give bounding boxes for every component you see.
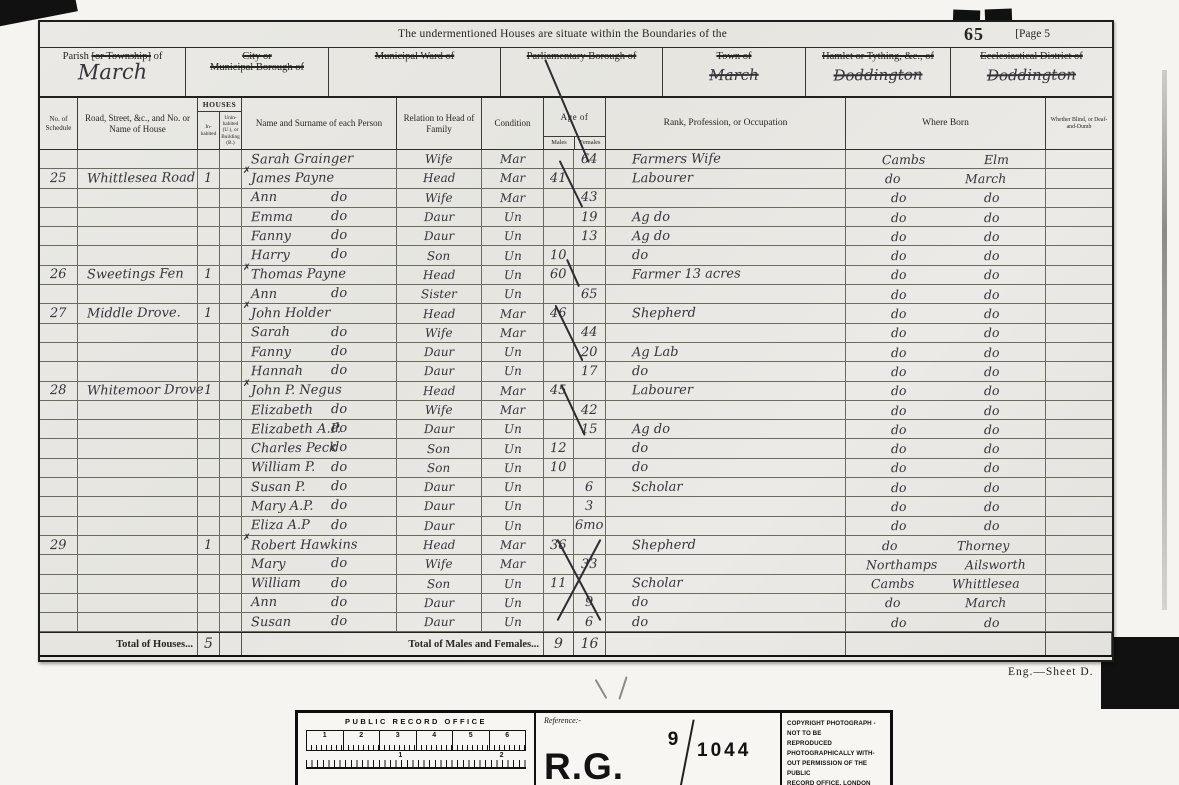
condition-cell: Mar — [482, 536, 544, 554]
road-cell — [78, 517, 198, 535]
total-males-females-label-cell: Total of Males and Females... — [242, 633, 544, 655]
inhabited-cell: 1 — [198, 382, 220, 400]
condition-cell: Un — [482, 575, 544, 593]
condition-cell: Un — [482, 594, 544, 612]
district-municipal-borough: City or Municipal Borough of — [186, 48, 329, 96]
age-males-cell: 10 — [544, 459, 574, 477]
age-females-cell: 13 — [574, 227, 606, 245]
relation-cell: Head — [397, 304, 482, 322]
condition-cell: Mar — [482, 189, 544, 207]
sheet-title: The undermentioned Houses are situate wi… — [398, 28, 727, 40]
condition-cell: Un — [482, 420, 544, 438]
col-header-houses: HOUSES In-habited Unin-habited (U.), or … — [198, 98, 242, 149]
name-cell: ✗ Emma do — [242, 208, 397, 226]
name-cell: ✗ Elizabeth do — [242, 401, 397, 419]
road-cell: Whitemoor Drove — [78, 382, 198, 400]
name-cell: ✗ James Payne — [242, 169, 397, 187]
road-cell — [78, 285, 198, 303]
road-cell — [78, 208, 198, 226]
hamlet-value: Doddington — [806, 65, 950, 85]
stamp-office-title: PUBLIC RECORD OFFICE — [306, 717, 526, 726]
census-record-row: ✗ Susan do Daur Un 6 do do do — [40, 613, 1112, 632]
where-born-cell: do do — [846, 227, 1046, 245]
age-males-cell: 12 — [544, 439, 574, 457]
relation-cell: Daur — [397, 343, 482, 361]
census-record-row: ✗ William P. do Son Un 10 do do do — [40, 459, 1112, 478]
name-cell: ✗ Harry do — [242, 246, 397, 264]
ruler-segment: 3 — [380, 731, 417, 750]
name-cell: ✗ Sarah Grainger — [242, 150, 397, 168]
inhabited-cell — [198, 246, 220, 264]
schedule-cell — [40, 459, 78, 477]
occupation-cell: Scholar — [606, 575, 846, 593]
relation-cell: Wife — [397, 150, 482, 168]
name-cell: ✗ Sarah do — [242, 324, 397, 342]
uninhabited-cell — [220, 594, 242, 612]
age-females-cell: 65 — [574, 285, 606, 303]
scan-edge-streak — [1162, 70, 1167, 610]
uninhabited-cell — [220, 227, 242, 245]
ruler-segment: 4 — [417, 731, 454, 750]
where-born-cell: do Thorney — [846, 536, 1046, 554]
census-record-row: ✗ Sarah do Wife Mar 44 do do — [40, 324, 1112, 343]
blind-cell — [1046, 420, 1112, 438]
condition-cell: Un — [482, 497, 544, 515]
age-females-cell: 6mo — [574, 517, 606, 535]
schedule-cell — [40, 575, 78, 593]
sheet-title-row: The undermentioned Houses are situate wi… — [40, 22, 1112, 48]
uninhabited-cell — [220, 150, 242, 168]
schedule-cell — [40, 517, 78, 535]
where-born-cell: do do — [846, 285, 1046, 303]
where-born-cell: do March — [846, 169, 1046, 187]
pencil-mark — [595, 679, 608, 699]
census-record-row: ✗ Susan P. do Daur Un 6 Scholar do do — [40, 478, 1112, 497]
occupation-cell — [606, 189, 846, 207]
page-number-label: [Page 5 — [1015, 28, 1050, 40]
road-cell — [78, 478, 198, 496]
name-cell: ✗ Thomas Payne — [242, 266, 397, 284]
inhabited-cell — [198, 517, 220, 535]
inhabited-cell: 1 — [198, 169, 220, 187]
name-cell: ✗ Fanny do — [242, 343, 397, 361]
census-record-row: ✗ Mary A.P. do Daur Un 3 do do — [40, 497, 1112, 516]
uninhabited-cell — [220, 555, 242, 573]
age-females-cell: 44 — [574, 324, 606, 342]
age-females-cell: 6 — [574, 478, 606, 496]
uninhabited-cell — [220, 478, 242, 496]
blind-cell — [1046, 594, 1112, 612]
inhabited-cell — [198, 594, 220, 612]
condition-cell: Un — [482, 478, 544, 496]
blind-cell — [1046, 324, 1112, 342]
where-born-cell: do do — [846, 208, 1046, 226]
condition-cell: Un — [482, 227, 544, 245]
where-born-cell: do do — [846, 343, 1046, 361]
census-record-row: 25 Whittlesea Road 1 ✗ James Payne Head … — [40, 169, 1112, 188]
inhabited-cell: 1 — [198, 304, 220, 322]
occupation-cell: Shepherd — [606, 536, 846, 554]
district-ecclesiastical: Ecclesiastical District of Doddington — [951, 48, 1112, 96]
parish-value: March — [40, 59, 185, 85]
inhabited-cell — [198, 401, 220, 419]
condition-cell: Un — [482, 613, 544, 631]
road-cell: Sweetings Fen — [78, 266, 198, 284]
age-males-cell — [544, 208, 574, 226]
total-houses-label-cell: Total of Houses... — [40, 633, 198, 655]
occupation-cell — [606, 401, 846, 419]
census-record-row: 28 Whitemoor Drove 1 ✗ John P. Negus Hea… — [40, 382, 1112, 401]
relation-cell: Son — [397, 575, 482, 593]
col-header-males: Males — [544, 137, 575, 149]
household-check-mark: ✗ — [243, 378, 251, 389]
census-record-row: ✗ Eliza A.P do Daur Un 6mo do do — [40, 517, 1112, 536]
age-females-cell: 17 — [574, 362, 606, 380]
census-record-row: ✗ Harry do Son Un 10 do do do — [40, 246, 1112, 265]
col-header-name: Name and Surname of each Person — [242, 98, 397, 149]
relation-cell: Wife — [397, 555, 482, 573]
census-record-row: ✗ Fanny do Daur Un 13 Ag do do do — [40, 227, 1112, 246]
age-females-cell — [574, 439, 606, 457]
census-rows: ✗ Sarah Grainger Wife Mar 64 Farmers Wif… — [40, 150, 1112, 632]
census-record-row: ✗ Charles Peck do Son Un 12 do do do — [40, 439, 1112, 458]
age-males-cell — [544, 420, 574, 438]
condition-cell: Un — [482, 439, 544, 457]
scanned-census-page: The undermentioned Houses are situate wi… — [0, 0, 1179, 785]
pen-stroke — [679, 719, 694, 785]
where-born-cell: do do — [846, 246, 1046, 264]
relation-cell: Sister — [397, 285, 482, 303]
occupation-cell: Shepherd — [606, 304, 846, 322]
reference-series: R.G. — [544, 748, 624, 785]
road-cell — [78, 150, 198, 168]
schedule-cell — [40, 227, 78, 245]
relation-cell: Daur — [397, 227, 482, 245]
schedule-cell — [40, 594, 78, 612]
age-females-cell: 64 — [574, 150, 606, 168]
where-born-cell: do March — [846, 594, 1046, 612]
where-born-cell: do do — [846, 324, 1046, 342]
blind-cell — [1046, 189, 1112, 207]
relation-cell: Wife — [397, 401, 482, 419]
road-cell — [78, 246, 198, 264]
col-header-schedule: No. of Schedule — [40, 98, 78, 149]
household-check-mark: ✗ — [243, 300, 251, 311]
district-town: Town of March — [663, 48, 806, 96]
road-cell — [78, 555, 198, 573]
condition-cell: Un — [482, 362, 544, 380]
relation-cell: Daur — [397, 420, 482, 438]
relation-cell: Daur — [397, 497, 482, 515]
blind-cell — [1046, 382, 1112, 400]
age-males-cell — [544, 362, 574, 380]
name-cell: ✗ Susan P. do — [242, 478, 397, 496]
uninhabited-cell — [220, 362, 242, 380]
census-record-row: ✗ Ann do Sister Un 65 do do — [40, 285, 1112, 304]
stamp-reference-section: Reference:- R.G. 9 1044 — [536, 713, 782, 785]
col-header-born: Where Born — [846, 98, 1046, 149]
name-cell: ✗ Ann do — [242, 285, 397, 303]
blind-cell — [1046, 401, 1112, 419]
road-cell — [78, 227, 198, 245]
road-cell — [78, 343, 198, 361]
occupation-cell: do — [606, 246, 846, 264]
household-check-mark: ✗ — [243, 532, 251, 543]
schedule-cell: 27 — [40, 304, 78, 322]
relation-cell: Son — [397, 459, 482, 477]
uninhabited-cell — [220, 401, 242, 419]
where-born-cell: do do — [846, 497, 1046, 515]
schedule-cell — [40, 189, 78, 207]
inhabited-cell — [198, 555, 220, 573]
district-parliamentary-borough: Parliamentary Borough of — [501, 48, 663, 96]
stamp-ruler-section: PUBLIC RECORD OFFICE 1 2 3 4 5 6 1 2 — [298, 713, 536, 785]
where-born-cell: Northamps Ailsworth — [846, 555, 1046, 573]
inhabited-cell — [198, 343, 220, 361]
blind-cell — [1046, 459, 1112, 477]
age-females-cell: 42 — [574, 401, 606, 419]
schedule-cell — [40, 285, 78, 303]
total-houses-value-cell: 5 — [198, 633, 220, 655]
age-males-cell — [544, 517, 574, 535]
name-cell: ✗ William P. do — [242, 459, 397, 477]
occupation-cell: Ag do — [606, 227, 846, 245]
age-females-cell: 19 — [574, 208, 606, 226]
condition-cell: Un — [482, 517, 544, 535]
inhabited-cell — [198, 208, 220, 226]
schedule-cell: 28 — [40, 382, 78, 400]
inhabited-cell — [198, 150, 220, 168]
uninhabited-cell — [220, 439, 242, 457]
schedule-cell — [40, 208, 78, 226]
uninhabited-cell — [220, 304, 242, 322]
name-cell: ✗ Fanny do — [242, 227, 397, 245]
blind-cell — [1046, 478, 1112, 496]
stamp-copyright-section: COPYRIGHT PHOTOGRAPH - NOT TO BE REPRODU… — [782, 713, 890, 785]
copyright-line: OUT PERMISSION OF THE PUBLIC — [787, 759, 885, 779]
relation-cell: Daur — [397, 478, 482, 496]
condition-cell: Un — [482, 459, 544, 477]
district-municipal-ward: Municipal Ward of — [329, 48, 501, 96]
condition-cell: Un — [482, 266, 544, 284]
name-cell: ✗ Ann do — [242, 189, 397, 207]
occupation-cell: Scholar — [606, 478, 846, 496]
occupation-cell: Farmers Wife — [606, 150, 846, 168]
road-cell: Whittlesea Road — [78, 169, 198, 187]
name-cell: ✗ Ann do — [242, 594, 397, 612]
copyright-line: RECORD OFFICE, LONDON — [787, 779, 885, 785]
copyright-line: REPRODUCED PHOTOGRAPHICALLY WITH- — [787, 739, 885, 759]
blind-cell — [1046, 246, 1112, 264]
inhabited-cell — [198, 362, 220, 380]
name-cell: ✗ John P. Negus — [242, 382, 397, 400]
occupation-cell — [606, 324, 846, 342]
total-born-cell — [846, 633, 1046, 655]
age-males-cell — [544, 497, 574, 515]
inhabited-cell: 1 — [198, 266, 220, 284]
col-header-occupation: Rank, Profession, or Occupation — [606, 98, 846, 149]
schedule-cell — [40, 343, 78, 361]
blind-cell — [1046, 208, 1112, 226]
blind-cell — [1046, 304, 1112, 322]
name-cell: ✗ Hannah do — [242, 362, 397, 380]
relation-cell: Wife — [397, 324, 482, 342]
uninhabited-cell — [220, 517, 242, 535]
condition-cell: Un — [482, 343, 544, 361]
road-cell — [78, 362, 198, 380]
blind-cell — [1046, 517, 1112, 535]
schedule-cell — [40, 362, 78, 380]
blind-cell — [1046, 169, 1112, 187]
condition-cell: Un — [482, 246, 544, 264]
road-cell — [78, 420, 198, 438]
where-born-cell: do do — [846, 478, 1046, 496]
blind-cell — [1046, 613, 1112, 631]
occupation-cell — [606, 517, 846, 535]
uninhabited-cell — [220, 246, 242, 264]
occupation-cell — [606, 497, 846, 515]
pro-reference-stamp: PUBLIC RECORD OFFICE 1 2 3 4 5 6 1 2 Ref… — [295, 710, 893, 785]
inhabited-cell — [198, 324, 220, 342]
condition-cell: Un — [482, 285, 544, 303]
occupation-cell: Labourer — [606, 169, 846, 187]
inhabited-cell — [198, 497, 220, 515]
condition-cell: Mar — [482, 401, 544, 419]
road-cell — [78, 189, 198, 207]
age-females-cell — [574, 382, 606, 400]
age-males-cell: 45 — [544, 382, 574, 400]
uninhabited-cell — [220, 208, 242, 226]
occupation-cell: Labourer — [606, 382, 846, 400]
where-born-cell: do do — [846, 401, 1046, 419]
ruler-segment: 6 — [490, 731, 526, 750]
reference-number-2: 1044 — [697, 740, 751, 762]
name-cell: ✗ Mary do — [242, 555, 397, 573]
road-cell — [78, 324, 198, 342]
district-hamlet: Hamlet or Tything, &c., of Doddington — [806, 48, 951, 96]
where-born-cell: do do — [846, 420, 1046, 438]
copyright-line: COPYRIGHT PHOTOGRAPH - NOT TO BE — [787, 719, 885, 739]
total-blind-cell — [1046, 633, 1112, 655]
uninhabited-cell — [220, 285, 242, 303]
occupation-cell: do — [606, 459, 846, 477]
name-cell: ✗ Eliza A.P do — [242, 517, 397, 535]
uninhabited-cell — [220, 575, 242, 593]
household-check-mark: ✗ — [243, 262, 251, 273]
name-cell: ✗ Mary A.P. do — [242, 497, 397, 515]
condition-cell: Mar — [482, 304, 544, 322]
census-record-row: ✗ Sarah Grainger Wife Mar 64 Farmers Wif… — [40, 150, 1112, 169]
census-record-row: ✗ Ann do Daur Un 9 do do March — [40, 594, 1112, 613]
reference-label: Reference:- — [544, 716, 772, 725]
inhabited-cell — [198, 189, 220, 207]
age-females-cell — [574, 169, 606, 187]
condition-cell: Mar — [482, 382, 544, 400]
schedule-cell — [40, 324, 78, 342]
schedule-cell — [40, 478, 78, 496]
where-born-cell: do do — [846, 459, 1046, 477]
blind-cell — [1046, 343, 1112, 361]
age-males-cell — [544, 343, 574, 361]
ruler-segment: 1 — [307, 731, 344, 750]
district-parish: Parish [or Township] of March — [40, 48, 186, 96]
where-born-cell: do do — [846, 382, 1046, 400]
uninhabited-cell — [220, 420, 242, 438]
census-record-row: ✗ Emma do Daur Un 19 Ag do do do — [40, 208, 1112, 227]
stamp-ruler-ticks: 1 2 — [306, 754, 526, 769]
household-check-mark: ✗ — [243, 165, 251, 176]
where-born-cell: do do — [846, 362, 1046, 380]
totals-row: Total of Houses... 5 Total of Males and … — [40, 632, 1112, 657]
relation-cell: Daur — [397, 613, 482, 631]
district-header-row: Parish [or Township] of March City or Mu… — [40, 48, 1112, 98]
uninhabited-cell — [220, 266, 242, 284]
blind-cell — [1046, 285, 1112, 303]
uninhabited-cell — [220, 169, 242, 187]
inhabited-cell — [198, 420, 220, 438]
age-males-cell — [544, 150, 574, 168]
name-cell: ✗ William do — [242, 575, 397, 593]
col-header-road: Road, Street, &c., and No. or Name of Ho… — [78, 98, 198, 149]
condition-cell: Mar — [482, 150, 544, 168]
occupation-cell — [606, 555, 846, 573]
condition-cell: Mar — [482, 169, 544, 187]
schedule-cell — [40, 439, 78, 457]
inhabited-cell — [198, 227, 220, 245]
inhabited-cell — [198, 613, 220, 631]
blind-cell — [1046, 227, 1112, 245]
town-value: March — [663, 65, 805, 84]
where-born-cell: do do — [846, 613, 1046, 631]
folio-number: 65 — [964, 24, 984, 45]
inhabited-cell — [198, 439, 220, 457]
schedule-cell — [40, 497, 78, 515]
total-occupation-cell — [606, 633, 846, 655]
relation-cell: Head — [397, 382, 482, 400]
uninhabited-cell — [220, 343, 242, 361]
occupation-cell — [606, 285, 846, 303]
inhabited-cell — [198, 459, 220, 477]
occupation-cell: Ag Lab — [606, 343, 846, 361]
age-males-cell — [544, 478, 574, 496]
blind-cell — [1046, 555, 1112, 573]
col-header-uninhabited: Unin-habited (U.), or Building (B.) — [220, 112, 241, 149]
total-males-cell: 9 — [544, 633, 574, 655]
age-males-cell — [544, 189, 574, 207]
where-born-cell: do do — [846, 189, 1046, 207]
uninhabited-cell — [220, 324, 242, 342]
name-cell: ✗ John Holder — [242, 304, 397, 322]
road-cell — [78, 594, 198, 612]
uninhabited-cell — [220, 497, 242, 515]
blind-cell — [1046, 362, 1112, 380]
uninhabited-cell — [220, 459, 242, 477]
census-record-row: ✗ Hannah do Daur Un 17 do do do — [40, 362, 1112, 381]
relation-cell: Son — [397, 246, 482, 264]
sheet-series-note: Eng.—Sheet D. — [1008, 666, 1094, 678]
road-cell — [78, 536, 198, 554]
age-males-cell — [544, 227, 574, 245]
schedule-cell — [40, 555, 78, 573]
name-cell: ✗ Elizabeth A.P. do — [242, 420, 397, 438]
ruler-segment: 5 — [453, 731, 490, 750]
blind-cell — [1046, 439, 1112, 457]
schedule-cell: 29 — [40, 536, 78, 554]
occupation-cell: do — [606, 439, 846, 457]
reference-number-1: 9 — [668, 729, 679, 751]
schedule-cell — [40, 420, 78, 438]
occupation-cell: do — [606, 613, 846, 631]
